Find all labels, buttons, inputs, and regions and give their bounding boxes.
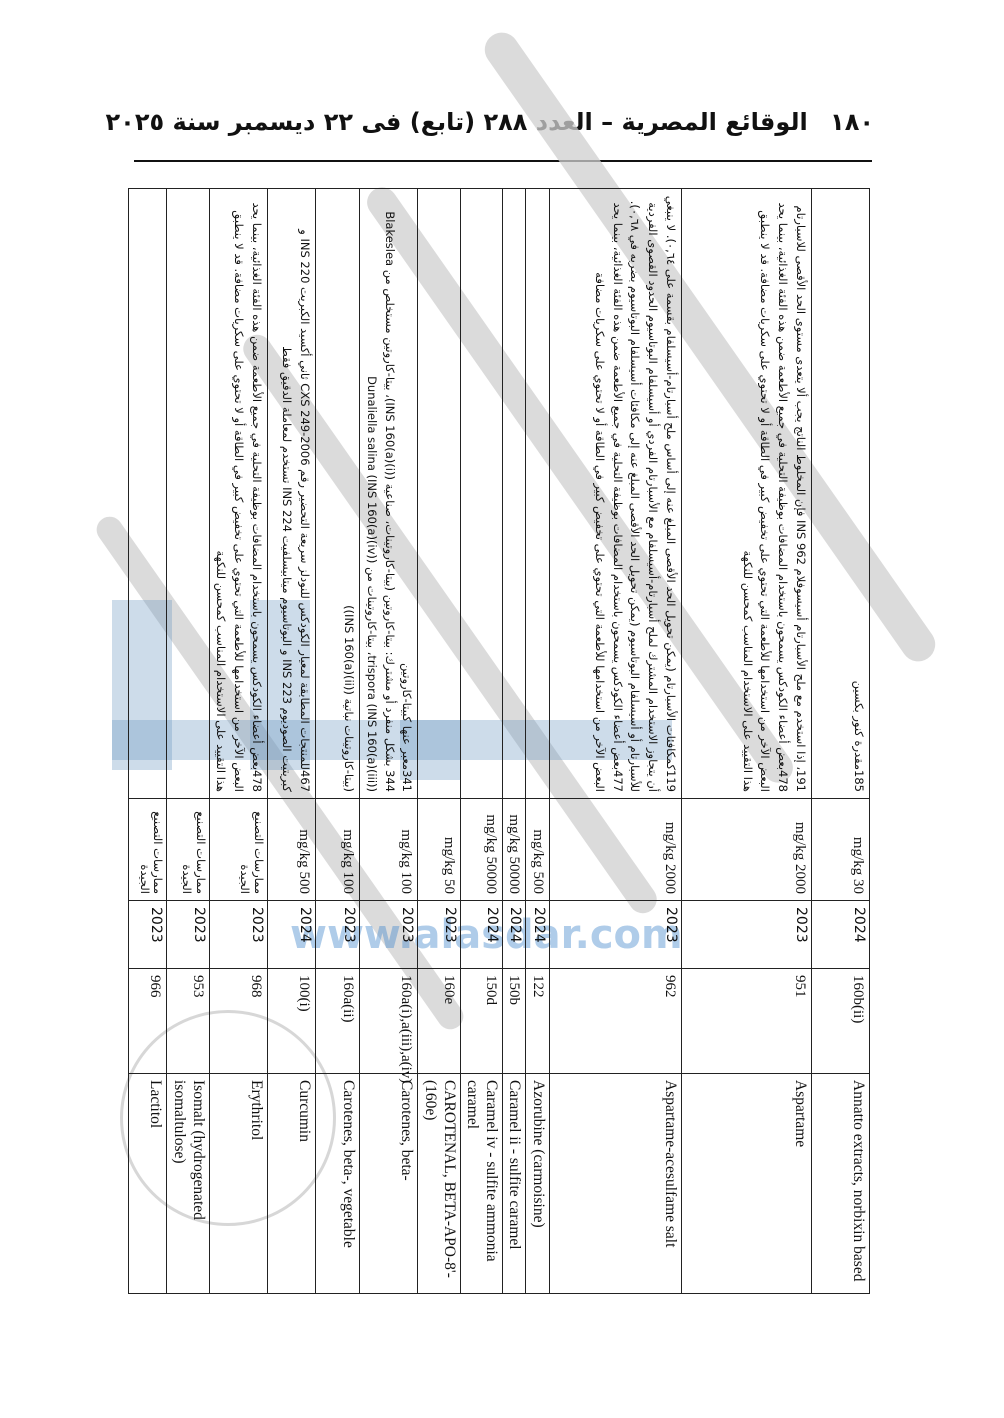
ins-number-cell: 953 [167, 969, 209, 1074]
year-cell: 2023 [129, 901, 167, 969]
additive-name-cell: Annatto extracts, norbixin based [812, 1074, 870, 1294]
additive-name-cell: Carotenes, beta-, vegetable [316, 1074, 360, 1294]
ins-number-cell: 160b(ii) [812, 969, 870, 1074]
page-header: ١٨٠ الوقائع المصرية – العدد ٢٨٨ (تابع) ف… [132, 108, 874, 152]
year-cell: 2024 [268, 901, 316, 969]
additive-name-cell: Caramel ii - sulfite caramel [502, 1074, 526, 1294]
table-row: 478بعض أعضاء الكودكس يسمحون باستخدام الم… [209, 189, 267, 1294]
notes-cell [418, 189, 460, 799]
max-level-cell: ممارسات التصنيع الجيدة [209, 799, 267, 901]
ins-number-cell: 150b [502, 969, 526, 1074]
table-row: 185مقدرة كنور بكسين30 mg/kg2024160b(ii)A… [812, 189, 870, 1294]
ins-number-cell: 160a(i),a(iii),a(iv) [360, 969, 418, 1074]
notes-cell [502, 189, 526, 799]
year-cell: 2023 [209, 901, 267, 969]
additive-name-cell: Carotenes, beta- [360, 1074, 418, 1294]
additives-table: 185مقدرة كنور بكسين30 mg/kg2024160b(ii)A… [128, 188, 870, 1294]
year-cell: 2023 [550, 901, 682, 969]
ins-number-cell: 122 [526, 969, 550, 1074]
table-row: ممارسات التصنيع الجيدة2023966Lactitol [129, 189, 167, 1294]
additive-name-cell: CAROTENAL, BETA-APO-8'- (160e) [418, 1074, 460, 1294]
max-level-cell: 30 mg/kg [812, 799, 870, 901]
table-row: 467للمنتجات المطابقة لمعيار الكودكس للنو… [268, 189, 316, 1294]
max-level-cell: 500 mg/kg [268, 799, 316, 901]
notes-cell: 119كمكافئات الأسبارتام (يمكن تحويل الحد … [550, 189, 682, 799]
max-level-cell: 500 mg/kg [526, 799, 550, 901]
ins-number-cell: 150d [460, 969, 502, 1074]
ins-number-cell: 160e [418, 969, 460, 1074]
table-row: 119كمكافئات الأسبارتام (يمكن تحويل الحد … [550, 189, 682, 1294]
year-cell: 2024 [526, 901, 550, 969]
gazette-title: الوقائع المصرية – العدد ٢٨٨ (تابع) فى ٢٢… [106, 108, 808, 136]
year-cell: 2024 [812, 901, 870, 969]
ins-number-cell: 160a(ii) [316, 969, 360, 1074]
additive-name-cell: Caramel iv - sulfite ammonia caramel [460, 1074, 502, 1294]
additive-name-cell: Isomalt (hydrogenated isomaltulose) [167, 1074, 209, 1294]
max-level-cell: 100 mg/kg [316, 799, 360, 901]
table-row: 50000 mg/kg2024150bCaramel ii - sulfite … [502, 189, 526, 1294]
table-row: (بيتا-كاروتينات نباتية (INS 160(a)(ii)))… [316, 189, 360, 1294]
ins-number-cell: 962 [550, 969, 682, 1074]
table-row: 341معبر عنها كبيتا-كاروتين 344 بشكل منفر… [360, 189, 418, 1294]
year-cell: 2024 [460, 901, 502, 969]
max-level-cell: ممارسات التصنيع الجيدة [167, 799, 209, 901]
additive-name-cell: Azorubine (carmoisine) [526, 1074, 550, 1294]
notes-cell [526, 189, 550, 799]
year-cell: 2023 [360, 901, 418, 969]
notes-cell: 191، إذا استخدم مع ملح الأسبارتام أسيسوف… [682, 189, 812, 799]
notes-cell: 478بعض أعضاء الكودكس يسمحون باستخدام الم… [209, 189, 267, 799]
year-cell: 2023 [682, 901, 812, 969]
additive-name-cell: Lactitol [129, 1074, 167, 1294]
ins-number-cell: 951 [682, 969, 812, 1074]
header-rule [134, 160, 872, 162]
table-row: ممارسات التصنيع الجيدة2023953Isomalt (hy… [167, 189, 209, 1294]
table-row: 50000 mg/kg2024150dCaramel iv - sulfite … [460, 189, 502, 1294]
ins-number-cell: 100(i) [268, 969, 316, 1074]
table-row: 50 mg/kg2023160eCAROTENAL, BETA-APO-8'- … [418, 189, 460, 1294]
page-number: ١٨٠ [830, 108, 874, 136]
ins-number-cell: 966 [129, 969, 167, 1074]
notes-cell: 341معبر عنها كبيتا-كاروتين 344 بشكل منفر… [360, 189, 418, 799]
year-cell: 2024 [502, 901, 526, 969]
additive-name-cell: Aspartame [682, 1074, 812, 1294]
notes-cell: 467للمنتجات المطابقة لمعيار الكودكس للنو… [268, 189, 316, 799]
max-level-cell: 100 mg/kg [360, 799, 418, 901]
max-level-cell: 50 mg/kg [418, 799, 460, 901]
notes-cell [129, 189, 167, 799]
notes-cell [460, 189, 502, 799]
ins-number-cell: 968 [209, 969, 267, 1074]
notes-cell: 185مقدرة كنور بكسين [812, 189, 870, 799]
additive-name-cell: Aspartame-acesulfame salt [550, 1074, 682, 1294]
max-level-cell: 50000 mg/kg [502, 799, 526, 901]
notes-cell [167, 189, 209, 799]
additive-name-cell: Curcumin [268, 1074, 316, 1294]
table-row: 500 mg/kg2024122Azorubine (carmoisine) [526, 189, 550, 1294]
year-cell: 2023 [316, 901, 360, 969]
additive-name-cell: Erythritol [209, 1074, 267, 1294]
max-level-cell: 50000 mg/kg [460, 799, 502, 901]
notes-cell: (بيتا-كاروتينات نباتية (INS 160(a)(ii))) [316, 189, 360, 799]
max-level-cell: 2000 mg/kg [550, 799, 682, 901]
table-row: 191، إذا استخدم مع ملح الأسبارتام أسيسوف… [682, 189, 812, 1294]
year-cell: 2023 [167, 901, 209, 969]
year-cell: 2023 [418, 901, 460, 969]
max-level-cell: 2000 mg/kg [682, 799, 812, 901]
additives-table-container: 185مقدرة كنور بكسين30 mg/kg2024160b(ii)A… [133, 188, 870, 1293]
max-level-cell: ممارسات التصنيع الجيدة [129, 799, 167, 901]
